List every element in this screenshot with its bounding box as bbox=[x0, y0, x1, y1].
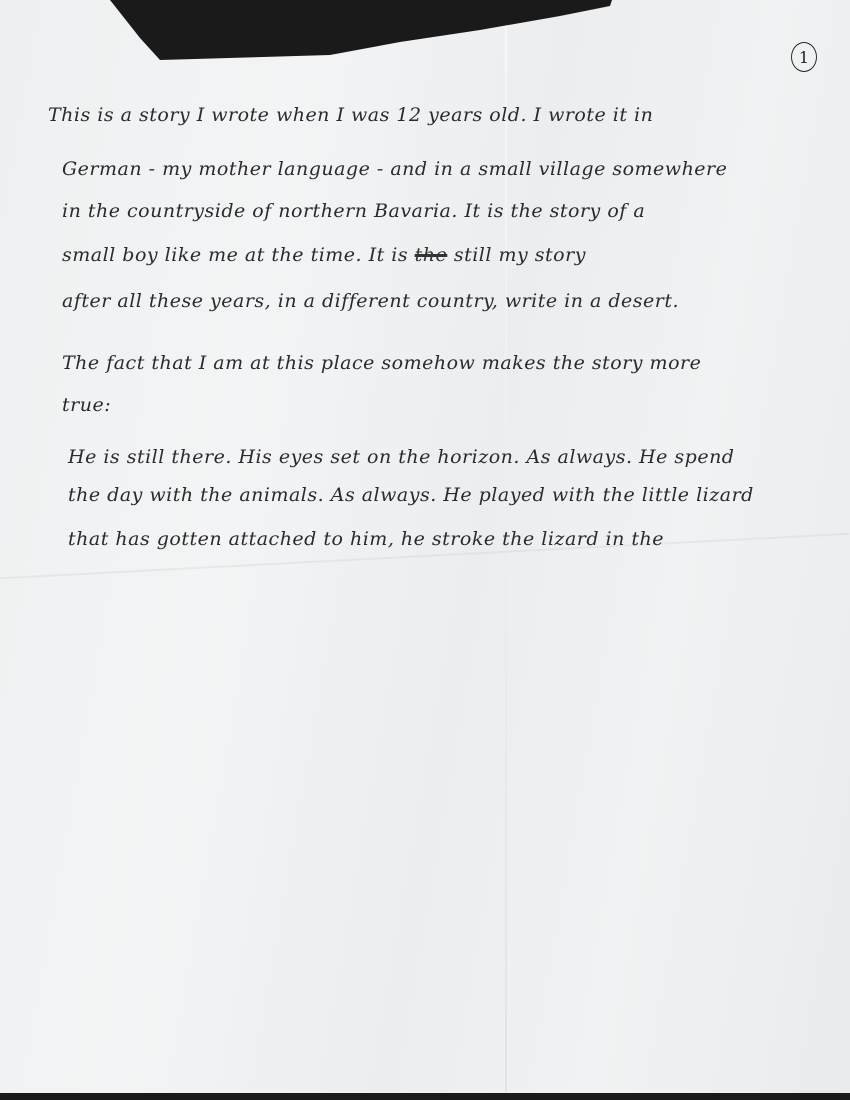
dark-background-edge bbox=[0, 1093, 850, 1100]
torn-corner-dark-background bbox=[0, 0, 850, 70]
text-line: This is a story I wrote when I was 12 ye… bbox=[48, 104, 653, 126]
struck-word: the bbox=[415, 244, 448, 266]
text-line: in the countryside of northern Bavaria. … bbox=[62, 200, 645, 222]
text-line-with-strikethrough: small boy like me at the time. It is the… bbox=[62, 244, 586, 266]
text-line: that has gotten attached to him, he stro… bbox=[68, 528, 664, 550]
text-line: after all these years, in a different co… bbox=[62, 290, 679, 312]
text-line: the day with the animals. As always. He … bbox=[68, 484, 754, 506]
text-line: German - my mother language - and in a s… bbox=[62, 158, 727, 180]
text-line: The fact that I am at this place somehow… bbox=[62, 352, 701, 374]
paper-sheet: 1 This is a story I wrote when I was 12 … bbox=[0, 0, 850, 1093]
text-line: true: bbox=[62, 394, 111, 416]
page-number-circled: 1 bbox=[791, 42, 817, 72]
text-line: He is still there. His eyes set on the h… bbox=[68, 446, 734, 468]
